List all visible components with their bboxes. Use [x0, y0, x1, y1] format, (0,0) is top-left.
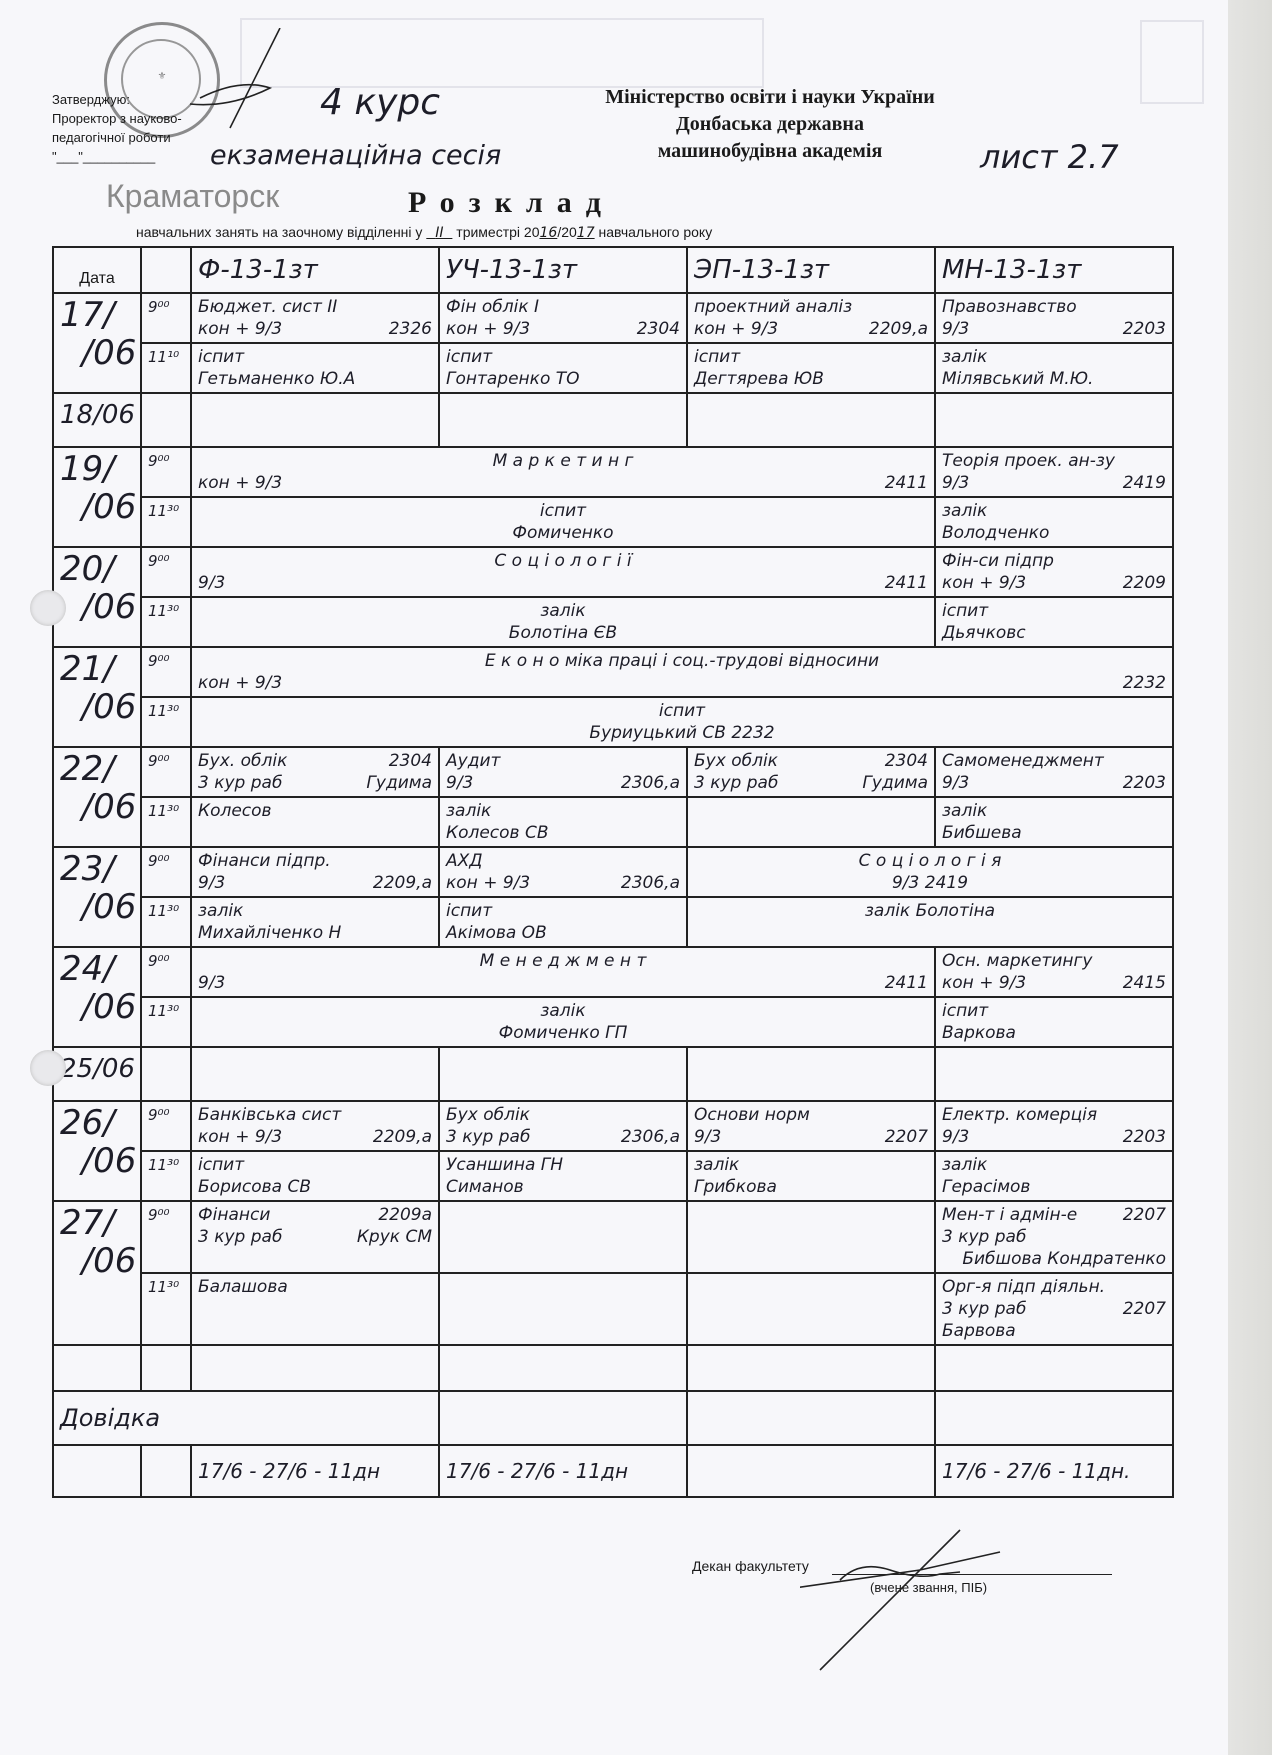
- merged-lesson-cell: М е н е д ж м е н т9/32411: [191, 947, 935, 997]
- session-label: екзаменаційна сесія: [210, 140, 501, 171]
- empty-cell: [141, 1445, 191, 1497]
- lesson-cell: Банківська систкон + 9/32209,а: [191, 1101, 439, 1151]
- ministry-header: Міністерство освіти і науки України Донб…: [540, 84, 1000, 165]
- lesson-cell: залікГерасімов: [935, 1151, 1173, 1201]
- table-row-afternoon: 11³⁰іспитФомиченкозалікВолодченко: [53, 497, 1173, 547]
- table-row-morning: 20/ /069⁰⁰С о ц і о л о г і ї9/32411Фін-…: [53, 547, 1173, 597]
- table-header-row: ДатаФ-13-1зтУЧ-13-1зтЭП-13-1зтМН-13-1зт: [53, 247, 1173, 293]
- time-cell: 11³⁰: [141, 997, 191, 1047]
- summary-cell: 17/6 - 27/6 - 11дн: [191, 1445, 439, 1497]
- empty-cell: [53, 1345, 141, 1391]
- empty-cell: [687, 393, 935, 447]
- date-cell: 23/ /06: [53, 847, 141, 947]
- room-number: Гудима: [862, 772, 928, 794]
- approval-signature: [180, 28, 300, 138]
- table-row-morning: 19/ /069⁰⁰М а р к е т и н гкон + 9/32411…: [53, 447, 1173, 497]
- lesson-cell: [439, 1201, 687, 1273]
- empty-cell: [439, 1345, 687, 1391]
- course-label: 4 курс: [320, 82, 440, 123]
- empty-cell: [439, 1047, 687, 1101]
- lesson-cell: Теорія проек. ан-зу9/32419: [935, 447, 1173, 497]
- lesson-cell: Бух. облік23043 кур рабГудима: [191, 747, 439, 797]
- date-cell: 24/ /06: [53, 947, 141, 1047]
- merged-lesson-cell: М а р к е т и н гкон + 9/32411: [191, 447, 935, 497]
- group-header: Ф-13-1зт: [191, 247, 439, 293]
- lesson-cell: Бух облік3 кур раб2306,а: [439, 1101, 687, 1151]
- lesson-cell: Бюджет. сист IIкон + 9/32326: [191, 293, 439, 343]
- ministry-name: Міністерство освіти і науки України: [540, 84, 1000, 111]
- time-cell: 11³⁰: [141, 897, 191, 947]
- lesson-cell: Правознавство9/32203: [935, 293, 1173, 343]
- table-row-afternoon: 11³⁰іспитБорисова СВУсаншина ГНСимановза…: [53, 1151, 1173, 1201]
- lesson-cell: Фін облік Iкон + 9/32304: [439, 293, 687, 343]
- lesson-cell: Електр. комерція9/32203: [935, 1101, 1173, 1151]
- merged-lesson-cell: іспитФомиченко: [191, 497, 935, 547]
- lesson-cell: іспитБорисова СВ: [191, 1151, 439, 1201]
- trimester-value: II: [435, 225, 443, 241]
- table-row-morning: 17/ /069⁰⁰Бюджет. сист IIкон + 9/32326Фі…: [53, 293, 1173, 343]
- summary-cell: 17/6 - 27/6 - 11дн.: [935, 1445, 1173, 1497]
- lesson-cell: Мен-т і адмін-е22073 кур рабБибшова Конд…: [935, 1201, 1173, 1273]
- time-cell: 9⁰⁰: [141, 947, 191, 997]
- lesson-cell: [687, 1201, 935, 1273]
- lesson-cell: іспитАкімова ОВ: [439, 897, 687, 947]
- lesson-cell: залікМихайліченко Н: [191, 897, 439, 947]
- time-cell: 11³⁰: [141, 497, 191, 547]
- group-header: УЧ-13-1зт: [439, 247, 687, 293]
- time-cell: 11³⁰: [141, 697, 191, 747]
- date-cell: 18/06: [53, 393, 141, 447]
- bleed-through-box: [1140, 20, 1204, 104]
- document-subtitle: навчальних занять на заочному відділенні…: [136, 224, 712, 241]
- scanner-edge: [1228, 0, 1272, 1755]
- time-cell: 9⁰⁰: [141, 547, 191, 597]
- document-title: Розклад: [408, 186, 615, 220]
- time-cell: 9⁰⁰: [141, 847, 191, 897]
- approval-block: Затверджую: Проректор з науково- педагог…: [52, 90, 182, 166]
- lesson-cell: [687, 797, 935, 847]
- schedule-table: ДатаФ-13-1зтУЧ-13-1зтЭП-13-1зтМН-13-1зт1…: [52, 246, 1174, 1498]
- table-row-morning: 23/ /069⁰⁰Фінанси підпр.9/32209,аАХДкон …: [53, 847, 1173, 897]
- date-cell: 22/ /06: [53, 747, 141, 847]
- lesson-cell: Колесов: [191, 797, 439, 847]
- empty-cell: [687, 1345, 935, 1391]
- room-number: Бибшова Кондратенко: [962, 1248, 1166, 1270]
- dean-signature: [800, 1500, 1140, 1680]
- date-cell: 25/06: [53, 1047, 141, 1101]
- merged-lesson-cell: залікБолотіна ЄВ: [191, 597, 935, 647]
- table-row-empty-day: 25/06: [53, 1047, 1173, 1101]
- lesson-cell: іспитВаркова: [935, 997, 1173, 1047]
- room-number: 2203: [1123, 1126, 1166, 1148]
- room-number: Гудима: [366, 772, 432, 794]
- room-number: 2209,а: [869, 318, 928, 340]
- punch-hole: [30, 590, 66, 626]
- lesson-cell: Орг-я підп діяльн.3 кур раб2207Барвова: [935, 1273, 1173, 1345]
- lesson-cell: залікВолодченко: [935, 497, 1173, 547]
- room-number: 2306,а: [621, 872, 680, 894]
- room-number: 2419: [1123, 472, 1166, 494]
- merged-lesson-cell: Е к о н о мiка праці і соц.-трудові відн…: [191, 647, 1173, 697]
- merged-lesson-cell: С о ц і о л о г і ї9/32411: [191, 547, 935, 597]
- room-number: 2207: [1123, 1204, 1166, 1226]
- table-row-morning: 24/ /069⁰⁰М е н е д ж м е н т9/32411Осн.…: [53, 947, 1173, 997]
- year-end: 17: [577, 225, 595, 241]
- room-number: 2209,а: [373, 1126, 432, 1148]
- room-number: 2306,а: [621, 1126, 680, 1148]
- time-column-header: [141, 247, 191, 293]
- merged-lesson-cell: іспитБуриуцький СВ 2232: [191, 697, 1173, 747]
- lesson-cell: іспитДегтярева ЮВ: [687, 343, 935, 393]
- approval-position: Проректор з науково-: [52, 109, 182, 128]
- time-cell: 9⁰⁰: [141, 1101, 191, 1151]
- lesson-cell: Основи норм9/32207: [687, 1101, 935, 1151]
- lesson-cell: Усаншина ГНСиманов: [439, 1151, 687, 1201]
- lesson-cell: Фінанси підпр.9/32209,а: [191, 847, 439, 897]
- lesson-cell: [439, 1273, 687, 1345]
- empty-cell: [687, 1047, 935, 1101]
- table-row-afternoon: 11³⁰іспитБуриуцький СВ 2232: [53, 697, 1173, 747]
- merged-lesson-cell: залік Болотіна: [687, 897, 1173, 947]
- table-row-afternoon: 11³⁰залікБолотіна ЄВіспитДьячковс: [53, 597, 1173, 647]
- empty-cell: [141, 1047, 191, 1101]
- date-cell: 26/ /06: [53, 1101, 141, 1201]
- room-number: 2209: [1123, 572, 1166, 594]
- table-row-morning: 27/ /069⁰⁰Фінанси2209а3 кур рабКрук СММе…: [53, 1201, 1173, 1273]
- academy-name-2: машинобудівна академія: [540, 138, 1000, 165]
- bleed-through-table: [240, 18, 764, 88]
- lesson-cell: залікМілявський М.Ю.: [935, 343, 1173, 393]
- table-row-afternoon: 11¹⁰іспитГетьманенко Ю.АіспитГонтаренко …: [53, 343, 1173, 393]
- date-cell: 17/ /06: [53, 293, 141, 393]
- reference-row: Довідка: [53, 1391, 1173, 1445]
- lesson-cell: Фін-си підпркон + 9/32209: [935, 547, 1173, 597]
- date-cell: 21/ /06: [53, 647, 141, 747]
- room-number: 2304: [885, 750, 928, 772]
- time-cell: 9⁰⁰: [141, 293, 191, 343]
- time-cell: 9⁰⁰: [141, 647, 191, 697]
- room-number: 2411: [885, 472, 928, 494]
- merged-lesson-cell: С о ц і о л о г і я9/3 2419: [687, 847, 1173, 897]
- room-number: 2207: [1123, 1298, 1166, 1320]
- lesson-cell: проектний аналізкон + 9/32209,а: [687, 293, 935, 343]
- empty-cell: [191, 393, 439, 447]
- lesson-cell: АХДкон + 9/32306,а: [439, 847, 687, 897]
- room-number: 2209а: [378, 1204, 432, 1226]
- table-row-afternoon: 11³⁰залікМихайліченко НіспитАкімова ОВза…: [53, 897, 1173, 947]
- table-row-empty-day: 18/06: [53, 393, 1173, 447]
- table-row-morning: 21/ /069⁰⁰Е к о н о мiка праці і соц.-тр…: [53, 647, 1173, 697]
- empty-cell: [935, 393, 1173, 447]
- room-number: 2411: [885, 572, 928, 594]
- table-row-morning: 26/ /069⁰⁰Банківська систкон + 9/32209,а…: [53, 1101, 1173, 1151]
- merged-lesson-cell: залікФомиченко ГП: [191, 997, 935, 1047]
- approval-label: Затверджую:: [52, 90, 182, 109]
- date-cell: 20/ /06: [53, 547, 141, 647]
- room-number: 2306,а: [621, 772, 680, 794]
- academy-name-1: Донбаська державна: [540, 111, 1000, 138]
- summary-cell: [687, 1445, 935, 1497]
- empty-cell: [191, 1345, 439, 1391]
- room-number: 2232: [1123, 672, 1166, 694]
- time-cell: 9⁰⁰: [141, 1201, 191, 1273]
- room-number: 2415: [1123, 972, 1166, 994]
- room-number: 2304: [637, 318, 680, 340]
- lesson-cell: Балашова: [191, 1273, 439, 1345]
- empty-cell: [687, 1391, 935, 1445]
- time-cell: 9⁰⁰: [141, 747, 191, 797]
- reference-label: Довідка: [53, 1391, 439, 1445]
- lesson-cell: Осн. маркетингукон + 9/32415: [935, 947, 1173, 997]
- sheet-number: лист 2.7: [980, 138, 1119, 176]
- lesson-cell: Аудит9/32306,а: [439, 747, 687, 797]
- empty-cell: [53, 1445, 141, 1497]
- lesson-cell: залікБибшева: [935, 797, 1173, 847]
- summary-row: 17/6 - 27/6 - 11дн17/6 - 27/6 - 11дн17/6…: [53, 1445, 1173, 1497]
- table-row-afternoon: 11³⁰КолесовзалікКолесов СВзалікБибшева: [53, 797, 1173, 847]
- time-cell: 11³⁰: [141, 597, 191, 647]
- approval-date: "___"__________: [52, 147, 182, 166]
- table-row-afternoon: 11³⁰залікФомиченко ГПіспитВаркова: [53, 997, 1173, 1047]
- empty-cell: [141, 1345, 191, 1391]
- empty-cell: [935, 1391, 1173, 1445]
- approval-position-2: педагогічної роботи: [52, 128, 182, 147]
- time-cell: 9⁰⁰: [141, 447, 191, 497]
- room-number: 2203: [1123, 318, 1166, 340]
- lesson-cell: Самоменеджмент9/32203: [935, 747, 1173, 797]
- time-cell: 11³⁰: [141, 797, 191, 847]
- room-number: 2209,а: [373, 872, 432, 894]
- room-number: 2207: [885, 1126, 928, 1148]
- room-number: 2326: [389, 318, 432, 340]
- room-number: 2304: [389, 750, 432, 772]
- time-cell: 11³⁰: [141, 1151, 191, 1201]
- lesson-cell: залікГрибкова: [687, 1151, 935, 1201]
- empty-cell: [141, 393, 191, 447]
- date-column-header: Дата: [53, 247, 141, 293]
- empty-cell: [191, 1047, 439, 1101]
- room-number: 2203: [1123, 772, 1166, 794]
- summary-cell: 17/6 - 27/6 - 11дн: [439, 1445, 687, 1497]
- lesson-cell: Фінанси2209а3 кур рабКрук СМ: [191, 1201, 439, 1273]
- room-number: 2411: [885, 972, 928, 994]
- lesson-cell: іспитГетьманенко Ю.А: [191, 343, 439, 393]
- room-number: Крук СМ: [357, 1226, 432, 1248]
- empty-cell: [439, 393, 687, 447]
- city-watermark: Краматорск: [106, 178, 279, 215]
- lesson-cell: іспитДьячковс: [935, 597, 1173, 647]
- scanned-page: ⚜ Затверджую: Проректор з науково- педаг…: [0, 0, 1228, 1755]
- group-header: МН-13-1зт: [935, 247, 1173, 293]
- dean-label: Декан факультету: [692, 1558, 809, 1574]
- year-start: 16: [539, 225, 557, 241]
- punch-hole: [30, 1050, 66, 1086]
- time-cell: 11¹⁰: [141, 343, 191, 393]
- lesson-cell: Бух облік23043 кур рабГудима: [687, 747, 935, 797]
- table-row-afternoon: 11³⁰БалашоваОрг-я підп діяльн.3 кур раб2…: [53, 1273, 1173, 1345]
- table-row-blank: [53, 1345, 1173, 1391]
- empty-cell: [935, 1047, 1173, 1101]
- time-cell: 11³⁰: [141, 1273, 191, 1345]
- lesson-cell: іспитГонтаренко ТО: [439, 343, 687, 393]
- group-header: ЭП-13-1зт: [687, 247, 935, 293]
- date-cell: 27/ /06: [53, 1201, 141, 1345]
- empty-cell: [935, 1345, 1173, 1391]
- lesson-cell: [687, 1273, 935, 1345]
- lesson-cell: залікКолесов СВ: [439, 797, 687, 847]
- table-row-morning: 22/ /069⁰⁰Бух. облік23043 кур рабГудимаА…: [53, 747, 1173, 797]
- date-cell: 19/ /06: [53, 447, 141, 547]
- empty-cell: [439, 1391, 687, 1445]
